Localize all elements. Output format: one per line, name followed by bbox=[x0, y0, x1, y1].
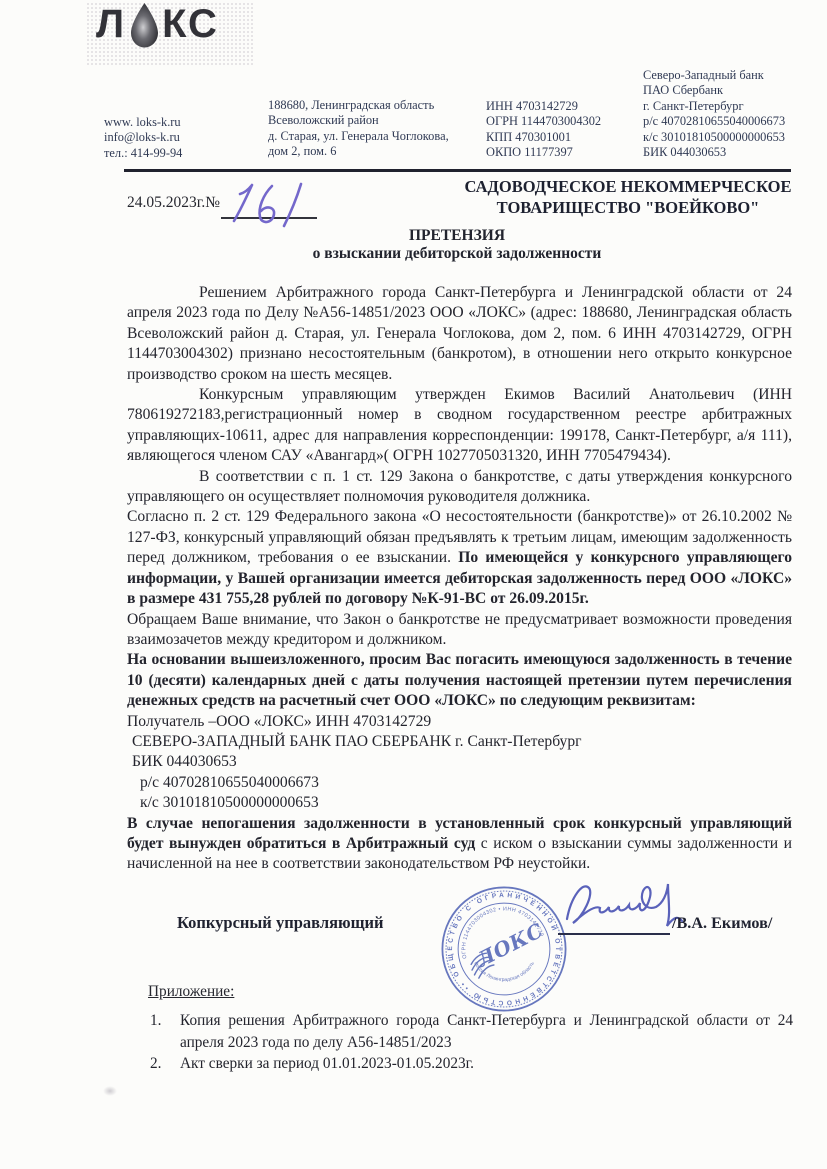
company-round-stamp: • ОБЩЕСТВО С ОГРАНИЧЕННОЙ ОТВЕТСТВЕННОСТ… bbox=[440, 885, 568, 1013]
logo-letters-ks: КС bbox=[162, 4, 219, 44]
bank-corr-account: к/с 30101810500000000653 bbox=[643, 130, 785, 145]
paragraph-payment-demand: На основании вышеизложенного, просим Вас… bbox=[127, 650, 792, 711]
letterhead-divider-rule bbox=[124, 169, 791, 172]
date-and-number-label: 24.05.2023г.№ bbox=[127, 194, 220, 212]
signatory-name: /В.А. Екимов/ bbox=[672, 914, 772, 933]
bank-name-line: ПАО Сбербанк bbox=[643, 83, 785, 98]
attachments-heading: Приложение: bbox=[148, 983, 234, 1001]
recipient-line-1: САДОВОДЧЕСКОЕ НЕКОММЕРЧЕСКОЕ bbox=[450, 177, 806, 198]
signature-underline bbox=[558, 933, 670, 935]
letterhead-address-column: 188680, Ленинградская область Всеволожск… bbox=[268, 98, 449, 160]
handwritten-signature bbox=[563, 879, 683, 940]
company-website: www. loks-k.ru bbox=[104, 115, 182, 130]
paragraph-court-decision: Решением Арбитражного города Санкт-Петер… bbox=[127, 283, 792, 385]
company-phone: тел.: 414-99-94 bbox=[104, 146, 182, 161]
address-line: д. Старая, ул. Генерала Чоглокова, bbox=[268, 129, 449, 144]
company-email: info@loks-k.ru bbox=[104, 130, 182, 145]
address-line: дом 2, пом. 6 bbox=[268, 144, 449, 159]
requisites-bik: БИК 044030653 bbox=[127, 752, 792, 772]
address-line: 188680, Ленинградская область bbox=[268, 98, 449, 113]
attachment-text: Акт сверки за период 01.01.2023-01.05.20… bbox=[180, 1053, 793, 1075]
letter-body: Решением Арбитражного города Санкт-Петер… bbox=[127, 283, 792, 875]
attachment-number: 1. bbox=[150, 1010, 180, 1053]
company-inn: ИНН 4703142729 bbox=[486, 99, 601, 114]
water-droplet-icon bbox=[128, 2, 161, 56]
paragraph-court-warning: В случае непогашения задолженности в уст… bbox=[127, 814, 792, 875]
attachment-text: Копия решения Арбитражного города Санкт-… bbox=[180, 1010, 793, 1053]
bank-name-line: Северо-Западный банк bbox=[643, 68, 785, 83]
letterhead-codes-column: ИНН 4703142729 ОГРН 1144703004302 КПП 47… bbox=[486, 99, 601, 161]
recipient-block: САДОВОДЧЕСКОЕ НЕКОММЕРЧЕСКОЕ ТОВАРИЩЕСТВ… bbox=[450, 177, 806, 218]
signatory-role-label: Копкурсный управляющий bbox=[177, 913, 384, 933]
company-kpp: КПП 470301001 bbox=[486, 130, 601, 145]
requisites-settlement-account: р/с 40702810655040006673 bbox=[127, 773, 792, 793]
address-line: Всеволожский район bbox=[268, 113, 449, 128]
requisites-bank: СЕВЕРО-ЗАПАДНЫЙ БАНК ПАО СБЕРБАНК г. Сан… bbox=[127, 732, 792, 752]
scanned-letter-page: Л КС www. loks-k.ru info@loks-k.ru тел.:… bbox=[0, 0, 827, 1169]
scan-smudge-artifact bbox=[103, 1086, 117, 1096]
requisites-recipient: Получатель –ООО «ЛОКС» ИНН 4703142729 bbox=[127, 712, 792, 732]
letterhead-contact-column: www. loks-k.ru info@loks-k.ru тел.: 414-… bbox=[104, 115, 182, 161]
bank-settlement-account: р/с 40702810655040006673 bbox=[643, 114, 785, 129]
letterhead-bank-column: Северо-Западный банк ПАО Сбербанк г. Сан… bbox=[643, 68, 785, 160]
attachment-number: 2. bbox=[150, 1053, 180, 1075]
document-subtitle: о взыскании дебиторской задолженности bbox=[127, 245, 787, 263]
bank-city: г. Санкт-Петербург bbox=[643, 99, 785, 114]
company-okpo: ОКПО 11177397 bbox=[486, 145, 601, 160]
paragraph-debt-claim: Согласно п. 2 ст. 129 Федерального закон… bbox=[127, 507, 792, 609]
requisites-corr-account: к/с 30101810500000000653 bbox=[127, 793, 792, 813]
attachment-item: 1. Копия решения Арбитражного города Сан… bbox=[150, 1010, 793, 1053]
recipient-line-2: ТОВАРИЩЕСТВО "ВОЕЙКОВО" bbox=[450, 198, 806, 219]
document-title: ПРЕТЕНЗИЯ bbox=[127, 227, 787, 245]
paragraph-offset-notice: Обращаем Ваше внимание, что Закон о банк… bbox=[127, 610, 792, 651]
bank-bik: БИК 044030653 bbox=[643, 145, 785, 160]
company-logo: Л КС bbox=[96, 4, 219, 56]
paragraph-manager-appointed: Конкурсным управляющим утвержден Екимов … bbox=[127, 385, 792, 467]
logo-letter-l: Л bbox=[96, 4, 126, 44]
attachments-list: 1. Копия решения Арбитражного города Сан… bbox=[150, 1010, 793, 1075]
attachment-item: 2. Акт сверки за период 01.01.2023-01.05… bbox=[150, 1053, 793, 1075]
paragraph-law-article: В соответствии с п. 1 ст. 129 Закона о б… bbox=[127, 467, 792, 508]
company-ogrn: ОГРН 1144703004302 bbox=[486, 114, 601, 129]
